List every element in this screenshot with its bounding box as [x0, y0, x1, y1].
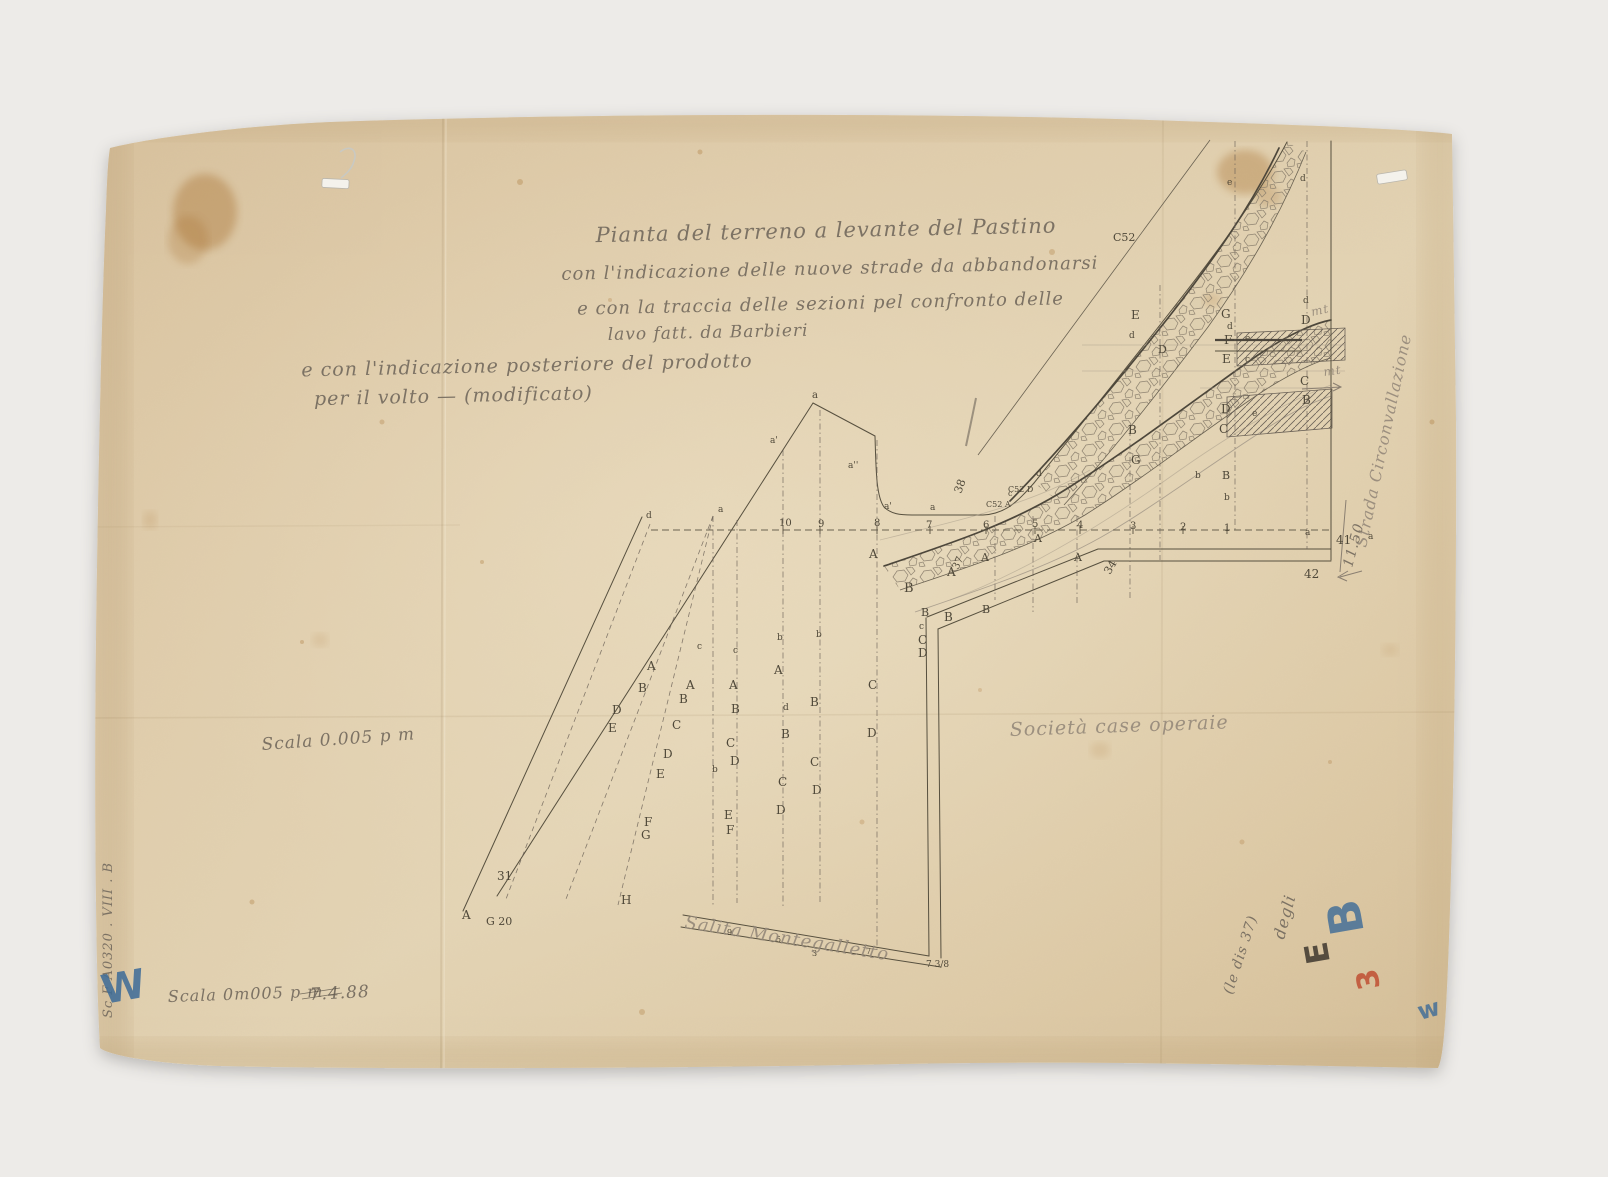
plan-letter: d — [1227, 322, 1233, 332]
plan-letter: F — [644, 815, 652, 829]
plan-letter: C — [726, 736, 735, 750]
plan-letter: D — [1221, 402, 1231, 416]
plan-letter: b — [1224, 493, 1230, 503]
plan-letter: B — [944, 610, 953, 624]
scanned-plan-document: 10987654321aa'a''ada'adcedC52C52 DC52 A3… — [0, 0, 1608, 1177]
plan-letter: B — [921, 606, 929, 619]
plan-letter: C — [868, 678, 877, 692]
plan-letter: b — [777, 633, 783, 643]
plan-letter: 8 — [874, 518, 880, 529]
plan-letter: G — [1221, 307, 1231, 321]
plan-letter: 7 3/8 — [926, 960, 949, 970]
plan-letter: d — [1300, 174, 1306, 184]
plan-letter: A — [946, 565, 956, 579]
mark-blue-w: W — [98, 961, 149, 1014]
plan-letter: C — [672, 718, 681, 732]
plan-letter: 42 — [1304, 567, 1319, 581]
plan-letter: D — [730, 754, 740, 768]
plan-letter: a' — [884, 502, 892, 512]
plan-letter: B — [638, 681, 647, 695]
plan-letter: F — [726, 823, 734, 837]
plan-letter: G — [641, 828, 651, 842]
plan-letter: F — [1224, 333, 1232, 347]
plan-letter: C — [810, 755, 819, 769]
plan-letter: B — [1128, 423, 1137, 437]
mt-note-lower: mt — [1322, 363, 1342, 379]
hatched-section-upper — [1237, 328, 1345, 366]
plan-letter: B — [731, 702, 740, 716]
plan-letter: c — [1245, 355, 1250, 365]
plan-letter: D — [1158, 343, 1167, 356]
plan-letter: 10 — [779, 518, 792, 529]
plan-letter: 9 — [818, 519, 824, 530]
plan-letter: a — [812, 390, 818, 401]
plan-letter: 2 — [1180, 522, 1186, 533]
plan-letter: A — [728, 678, 738, 692]
plan-letter: a — [930, 503, 936, 513]
title-line-4: lavo fatt. da Barbieri — [608, 321, 809, 345]
plan-letter: c — [919, 622, 924, 632]
plan-letter: A — [685, 678, 695, 692]
plan-letter: A — [1033, 532, 1043, 545]
plan-letter: A — [980, 551, 990, 564]
plan-letter: C — [778, 775, 787, 789]
plan-letter: E — [608, 721, 617, 735]
plan-letter: 4 — [1077, 520, 1083, 531]
plan-letter: E — [1131, 308, 1140, 322]
plan-letter: C — [918, 633, 927, 647]
plan-letter: b — [1195, 471, 1201, 481]
plan-letter: D — [812, 783, 822, 797]
plan-letter: D — [612, 703, 622, 717]
plan-letter: D — [867, 726, 877, 740]
plan-letter: E — [724, 808, 733, 822]
plan-letter: B — [904, 581, 914, 596]
plan-letter: D — [1301, 313, 1311, 327]
plan-letter: a' — [770, 436, 778, 446]
plan-letter: C — [1219, 422, 1228, 436]
plan-letter: 5 — [1032, 519, 1038, 530]
plan-letter: a — [718, 505, 724, 515]
plan-letter: 3 — [1130, 521, 1136, 532]
plan-letter: C52 A — [986, 500, 1011, 509]
plan-letter: E — [1222, 352, 1231, 366]
plan-letter: e — [1252, 409, 1257, 419]
plan-letter: C — [1300, 374, 1309, 388]
plan-letter: B — [1302, 393, 1311, 407]
plan-letter: b — [816, 630, 822, 640]
plan-letter: e — [1245, 334, 1250, 344]
plan-letter: a'' — [848, 461, 858, 471]
plan-letter: d — [1303, 296, 1309, 306]
plan-letter: d — [783, 703, 789, 713]
plan-letter: 31 — [497, 869, 512, 883]
plan-letter: G 20 — [486, 915, 512, 928]
plan-letter: A — [773, 663, 783, 677]
plan-letter: B — [781, 727, 790, 741]
plan-letter: 6 — [983, 520, 989, 531]
plan-letter: c — [733, 646, 738, 656]
plan-letter: B — [1222, 469, 1230, 482]
plan-scan-svg: 10987654321aa'a''ada'adcedC52C52 DC52 A3… — [0, 0, 1608, 1177]
plan-letter: A — [1073, 551, 1083, 564]
plan-letter: D — [663, 747, 673, 761]
plan-letter: A — [868, 547, 878, 561]
plan-letter: E — [656, 767, 665, 781]
plan-letter: D — [776, 803, 786, 817]
plan-letter: e — [1227, 178, 1232, 188]
plan-letter: a — [1305, 528, 1311, 538]
plan-letter: d — [646, 511, 652, 521]
plan-letter: 7 — [926, 520, 932, 531]
plan-letter: B — [679, 692, 688, 706]
plan-letter: D — [918, 646, 928, 660]
plan-letter: 1 — [1224, 523, 1230, 534]
plan-letter: d — [1129, 331, 1135, 341]
plan-letter: d — [1036, 469, 1042, 479]
plan-letter: c — [697, 642, 702, 652]
plan-letter: b — [712, 765, 718, 775]
plan-letter: B — [982, 603, 990, 616]
plan-letter: C52 — [1113, 231, 1135, 244]
plan-letter: B — [810, 695, 819, 709]
plan-letter: A — [461, 908, 471, 922]
plan-letter: C52 D — [1008, 485, 1033, 494]
plan-letter: G — [1131, 453, 1141, 467]
plan-letter: A — [646, 659, 656, 673]
plan-letter: H — [621, 893, 631, 907]
